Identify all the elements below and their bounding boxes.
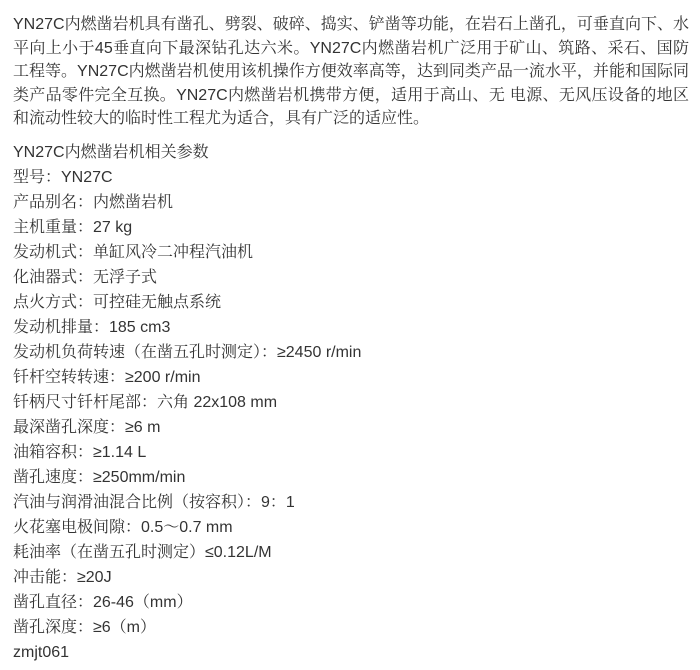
- spec-line-engine-type: 发动机式：单缸风冷二冲程汽油机: [13, 240, 689, 265]
- spec-line-alias: 产品别名：内燃凿岩机: [13, 190, 689, 215]
- params-title: YN27C内燃凿岩机相关参数: [13, 140, 689, 165]
- spec-line-load-speed: 发动机负荷转速（在凿五孔时测定）：≥2450 r/min: [13, 340, 689, 365]
- spec-line-max-depth: 最深凿孔深度：≥6 m: [13, 415, 689, 440]
- spec-line-idle-speed: 钎杆空转转速：≥200 r/min: [13, 365, 689, 390]
- spec-line-model: 型号：YN27C: [13, 165, 689, 190]
- spec-line-fuel-mix-ratio: 汽油与润滑油混合比例（按容积）：9：1: [13, 490, 689, 515]
- spec-line-ignition: 点火方式：可控硅无触点系统: [13, 290, 689, 315]
- spec-line-shank-size: 钎柄尺寸钎杆尾部：六角 22x108 mm: [13, 390, 689, 415]
- footer-code: zmjt061: [13, 640, 689, 665]
- spec-line-hole-depth: 凿孔深度：≥6（m）: [13, 615, 689, 640]
- spec-line-impact-energy: 冲击能：≥20J: [13, 565, 689, 590]
- spec-line-displacement: 发动机排量：185 cm3: [13, 315, 689, 340]
- spec-line-drill-speed: 凿孔速度：≥250mm/min: [13, 465, 689, 490]
- spec-line-weight: 主机重量：27 kg: [13, 215, 689, 240]
- spec-line-hole-diameter: 凿孔直径：26-46（mm）: [13, 590, 689, 615]
- spec-line-fuel-consumption: 耗油率（在凿五孔时测定）≤0.12L/M: [13, 540, 689, 565]
- spec-line-carburetor: 化油器式：无浮子式: [13, 265, 689, 290]
- intro-paragraph: YN27C内燃凿岩机具有凿孔、劈裂、破碎、捣实、铲凿等功能，在岩石上凿孔，可垂直…: [13, 13, 689, 131]
- product-description-page: YN27C内燃凿岩机具有凿孔、劈裂、破碎、捣实、铲凿等功能，在岩石上凿孔，可垂直…: [0, 0, 700, 670]
- spec-line-tank-capacity: 油箱容积：≥1.14 L: [13, 440, 689, 465]
- spec-line-spark-gap: 火花塞电极间隙：0.5～0.7 mm: [13, 515, 689, 540]
